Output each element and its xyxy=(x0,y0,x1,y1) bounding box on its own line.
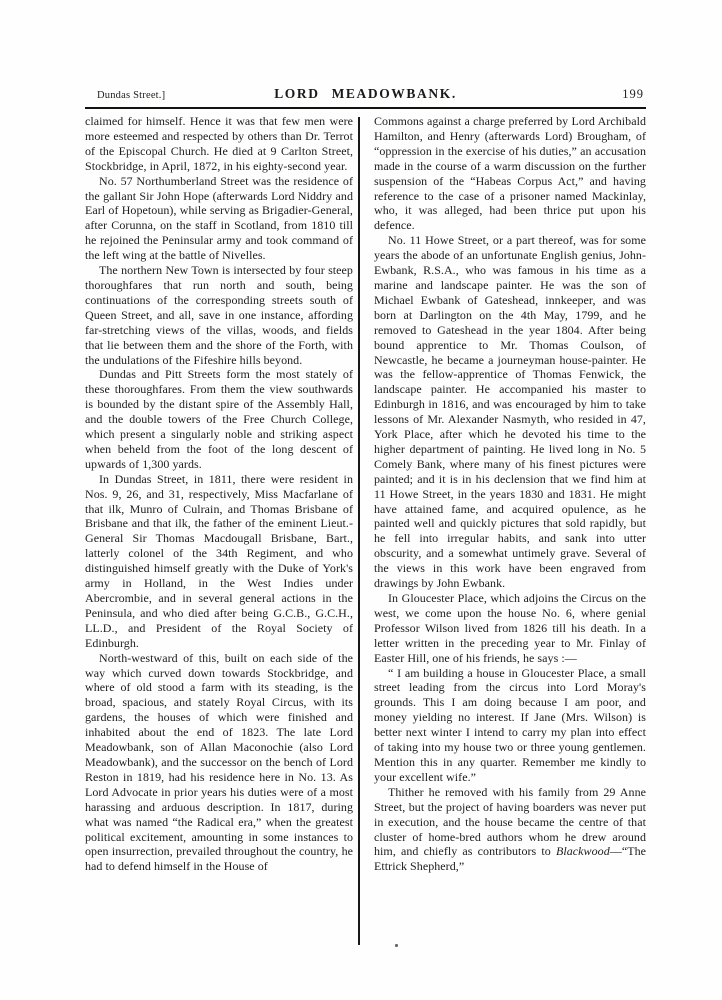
paragraph: Thither he removed with his family from … xyxy=(374,785,646,874)
right-column: Commons against a charge preferred by Lo… xyxy=(374,114,646,874)
paragraph: North-westward of this, built on each si… xyxy=(85,651,353,875)
paragraph: No. 11 Howe Street, or a part thereof, w… xyxy=(374,233,646,591)
paragraph: Dundas and Pitt Streets form the most st… xyxy=(85,367,353,471)
paragraph: In Gloucester Place, which adjoins the C… xyxy=(374,591,646,666)
paragraph: The northern New Town is intersected by … xyxy=(85,263,353,367)
paragraph: “ I am building a house in Gloucester Pl… xyxy=(374,666,646,785)
paragraph: No. 57 Northumberland Street was the res… xyxy=(85,174,353,263)
header-page-title: LORD MEADOWBANK. xyxy=(85,86,646,102)
running-header: Dundas Street.] LORD MEADOWBANK. 199 xyxy=(85,84,646,102)
scan-speck xyxy=(395,944,398,947)
paragraph: In Dundas Street, in 1811, there were re… xyxy=(85,472,353,651)
paragraph: claimed for himself. Hence it was that f… xyxy=(85,114,353,174)
book-page: Dundas Street.] LORD MEADOWBANK. 199 cla… xyxy=(0,0,722,1000)
header-rule xyxy=(85,107,646,109)
header-page-number: 199 xyxy=(622,87,644,102)
column-divider-rule xyxy=(358,117,360,945)
text-block: claimed for himself. Hence it was that f… xyxy=(85,114,646,958)
paragraph: Commons against a charge preferred by Lo… xyxy=(374,114,646,233)
left-column: claimed for himself. Hence it was that f… xyxy=(85,114,353,874)
